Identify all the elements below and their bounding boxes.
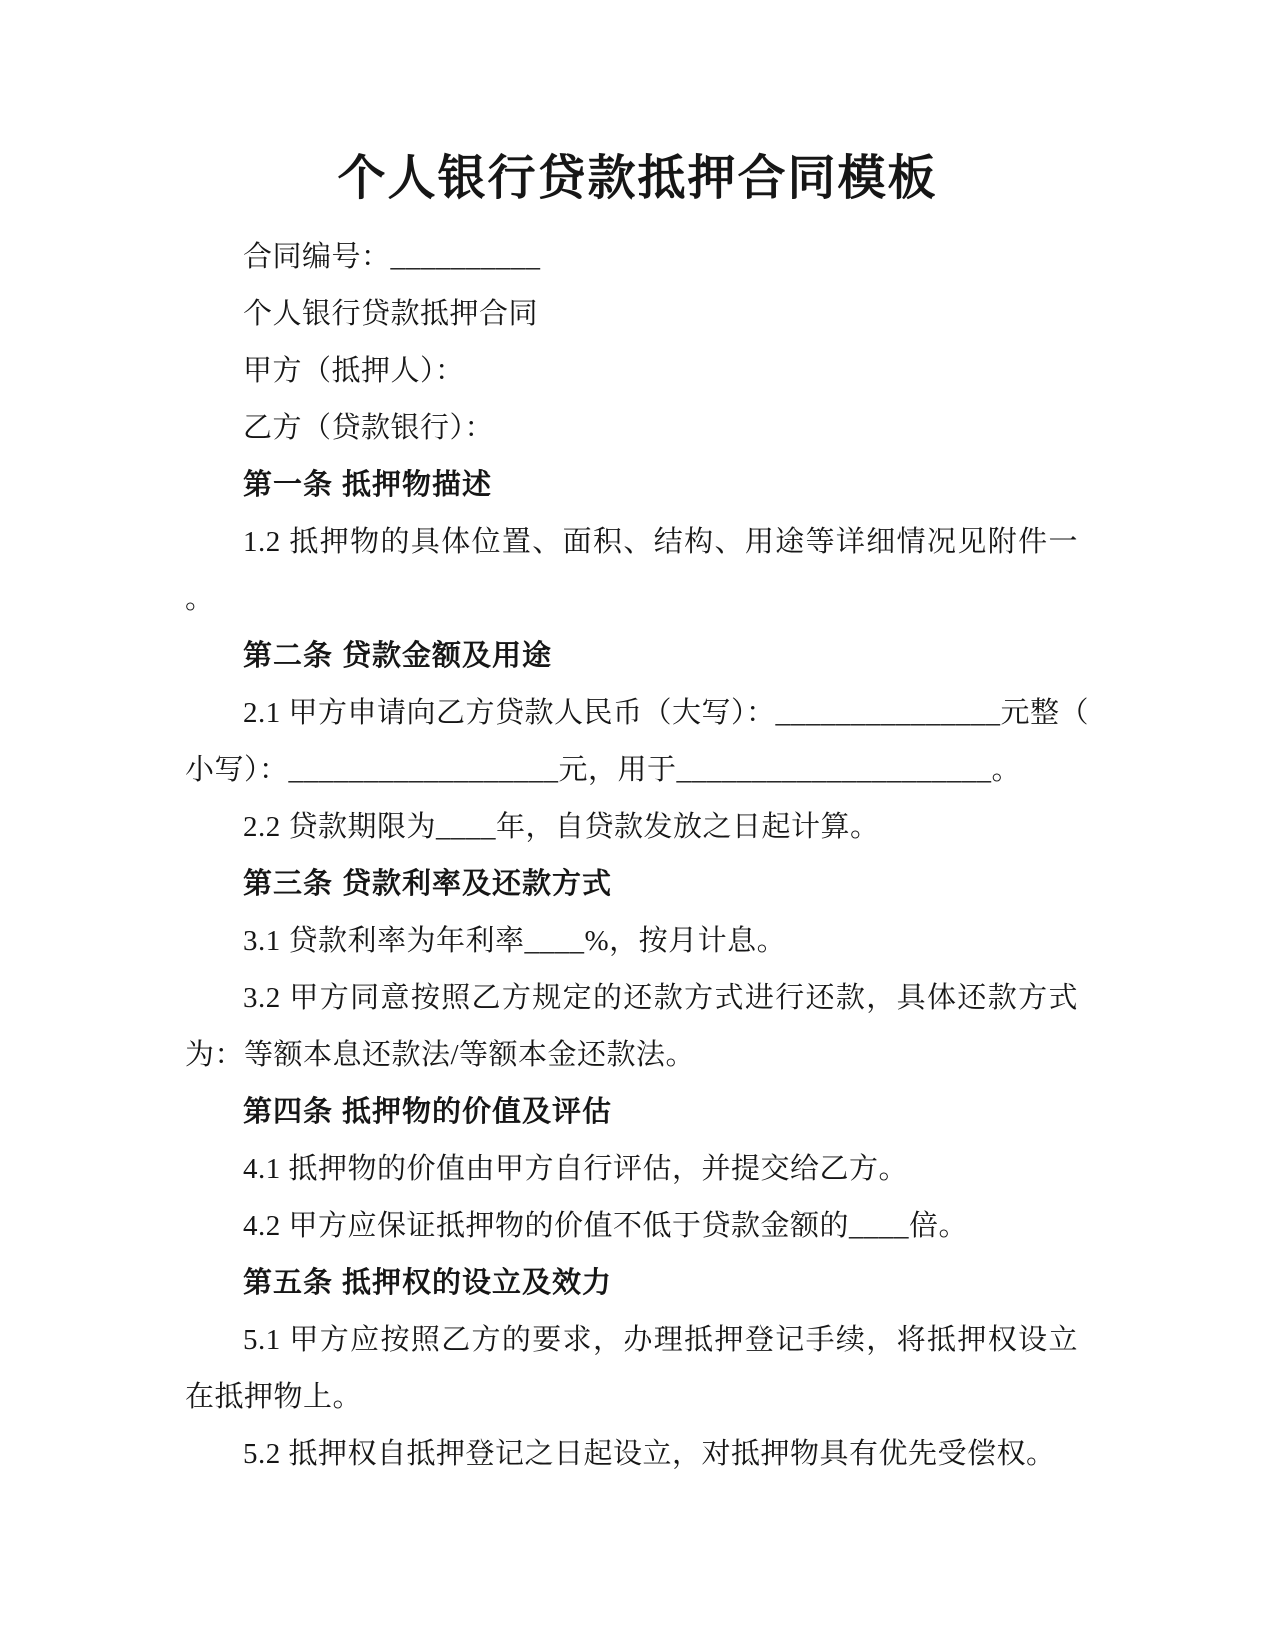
line-clause-5-1: 5.1 甲方应按照乙方的要求，办理抵押登记手续，将抵押权设立 bbox=[185, 1312, 1078, 1369]
line-clause-1-2: 1.2 抵押物的具体位置、面积、结构、用途等详细情况见附件一 bbox=[185, 514, 1078, 571]
line-clause-4-1: 4.1 抵押物的价值由甲方自行评估，并提交给乙方。 bbox=[185, 1141, 1078, 1198]
line-clause-5-2: 5.2 抵押权自抵押登记之日起设立，对抵押物具有优先受偿权。 bbox=[185, 1426, 1078, 1483]
heading-article-4: 第四条 抵押物的价值及评估 bbox=[185, 1084, 1078, 1141]
heading-article-2: 第二条 贷款金额及用途 bbox=[185, 628, 1078, 685]
line-clause-1-2-continuation: 。 bbox=[185, 571, 1078, 628]
document-body: 合同编号：__________ 个人银行贷款抵押合同 甲方（抵押人）： 乙方（贷… bbox=[185, 229, 1078, 1483]
line-clause-3-1: 3.1 贷款利率为年利率____%，按月计息。 bbox=[185, 913, 1078, 970]
heading-article-5: 第五条 抵押权的设立及效力 bbox=[185, 1255, 1078, 1312]
line-party-b: 乙方（贷款银行）： bbox=[185, 400, 1078, 457]
line-clause-5-1-continuation: 在抵押物上。 bbox=[185, 1369, 1078, 1426]
line-clause-2-2: 2.2 贷款期限为____年，自贷款发放之日起计算。 bbox=[185, 799, 1078, 856]
line-clause-2-1-continuation: 小写）：__________________元，用于______________… bbox=[185, 742, 1078, 799]
line-subtitle: 个人银行贷款抵押合同 bbox=[185, 286, 1078, 343]
line-clause-3-2-continuation: 为：等额本息还款法/等额本金还款法。 bbox=[185, 1027, 1078, 1084]
heading-article-3: 第三条 贷款利率及还款方式 bbox=[185, 856, 1078, 913]
line-contract-number: 合同编号：__________ bbox=[185, 229, 1078, 286]
heading-article-1: 第一条 抵押物描述 bbox=[185, 457, 1078, 514]
line-party-a: 甲方（抵押人）： bbox=[185, 343, 1078, 400]
line-clause-4-2: 4.2 甲方应保证抵押物的价值不低于贷款金额的____倍。 bbox=[185, 1198, 1078, 1255]
document-title: 个人银行贷款抵押合同模板 bbox=[0, 146, 1275, 212]
line-clause-3-2: 3.2 甲方同意按照乙方规定的还款方式进行还款，具体还款方式 bbox=[185, 970, 1078, 1027]
contract-document-page: 个人银行贷款抵押合同模板 合同编号：__________ 个人银行贷款抵押合同 … bbox=[0, 0, 1275, 1650]
line-clause-2-1: 2.1 甲方申请向乙方贷款人民币（大写）：_______________元整（ bbox=[185, 685, 1078, 742]
